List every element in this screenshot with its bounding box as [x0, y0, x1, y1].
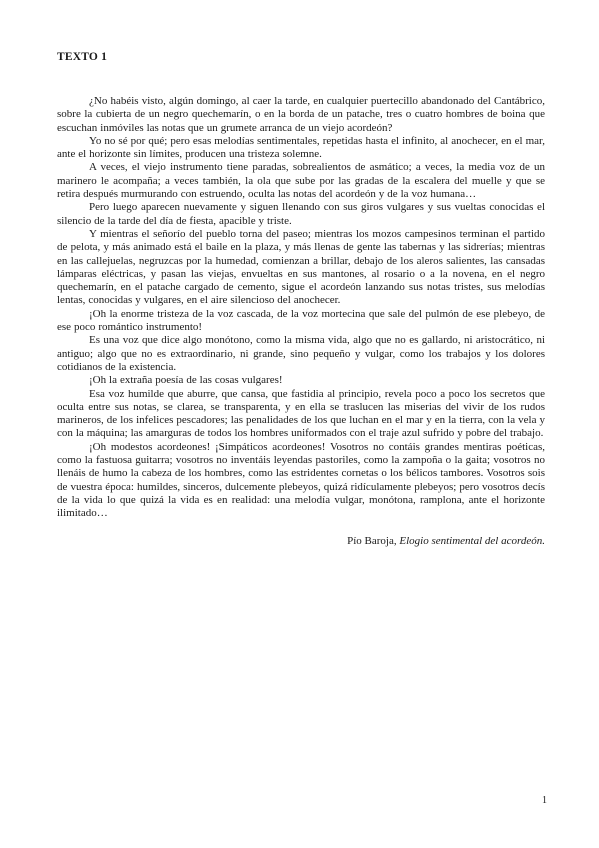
paragraph: ¡Oh modestos acordeones! ¡Simpáticos aco… [57, 441, 545, 521]
attribution-author: Pío Baroja, [347, 535, 399, 547]
page-number: 1 [542, 795, 547, 807]
attribution-work-title: Elogio sentimental del acordeón. [399, 535, 545, 547]
paragraph: Es una voz que dice algo monótono, como … [57, 334, 545, 374]
page-content: TEXTO 1 ¿No habéis visto, algún domingo,… [57, 50, 545, 548]
paragraph: Esa voz humilde que aburre, que cansa, q… [57, 388, 545, 441]
attribution-line: Pío Baroja, Elogio sentimental del acord… [57, 535, 545, 548]
paragraph: ¿No habéis visto, algún domingo, al caer… [57, 95, 545, 135]
text-body: ¿No habéis visto, algún domingo, al caer… [57, 95, 545, 521]
paragraph: Y mientras el señorío del pueblo torna d… [57, 228, 545, 308]
paragraph: ¡Oh la extraña poesía de las cosas vulga… [57, 374, 545, 387]
document-page: TEXTO 1 ¿No habéis visto, algún domingo,… [0, 0, 599, 848]
paragraph: Pero luego aparecen nuevamente y siguen … [57, 201, 545, 228]
paragraph: Yo no sé por qué; pero esas melodías sen… [57, 135, 545, 162]
paragraph: ¡Oh la enorme tristeza de la voz cascada… [57, 308, 545, 335]
paragraph: A veces, el viejo instrumento tiene para… [57, 161, 545, 201]
document-title: TEXTO 1 [57, 50, 545, 64]
